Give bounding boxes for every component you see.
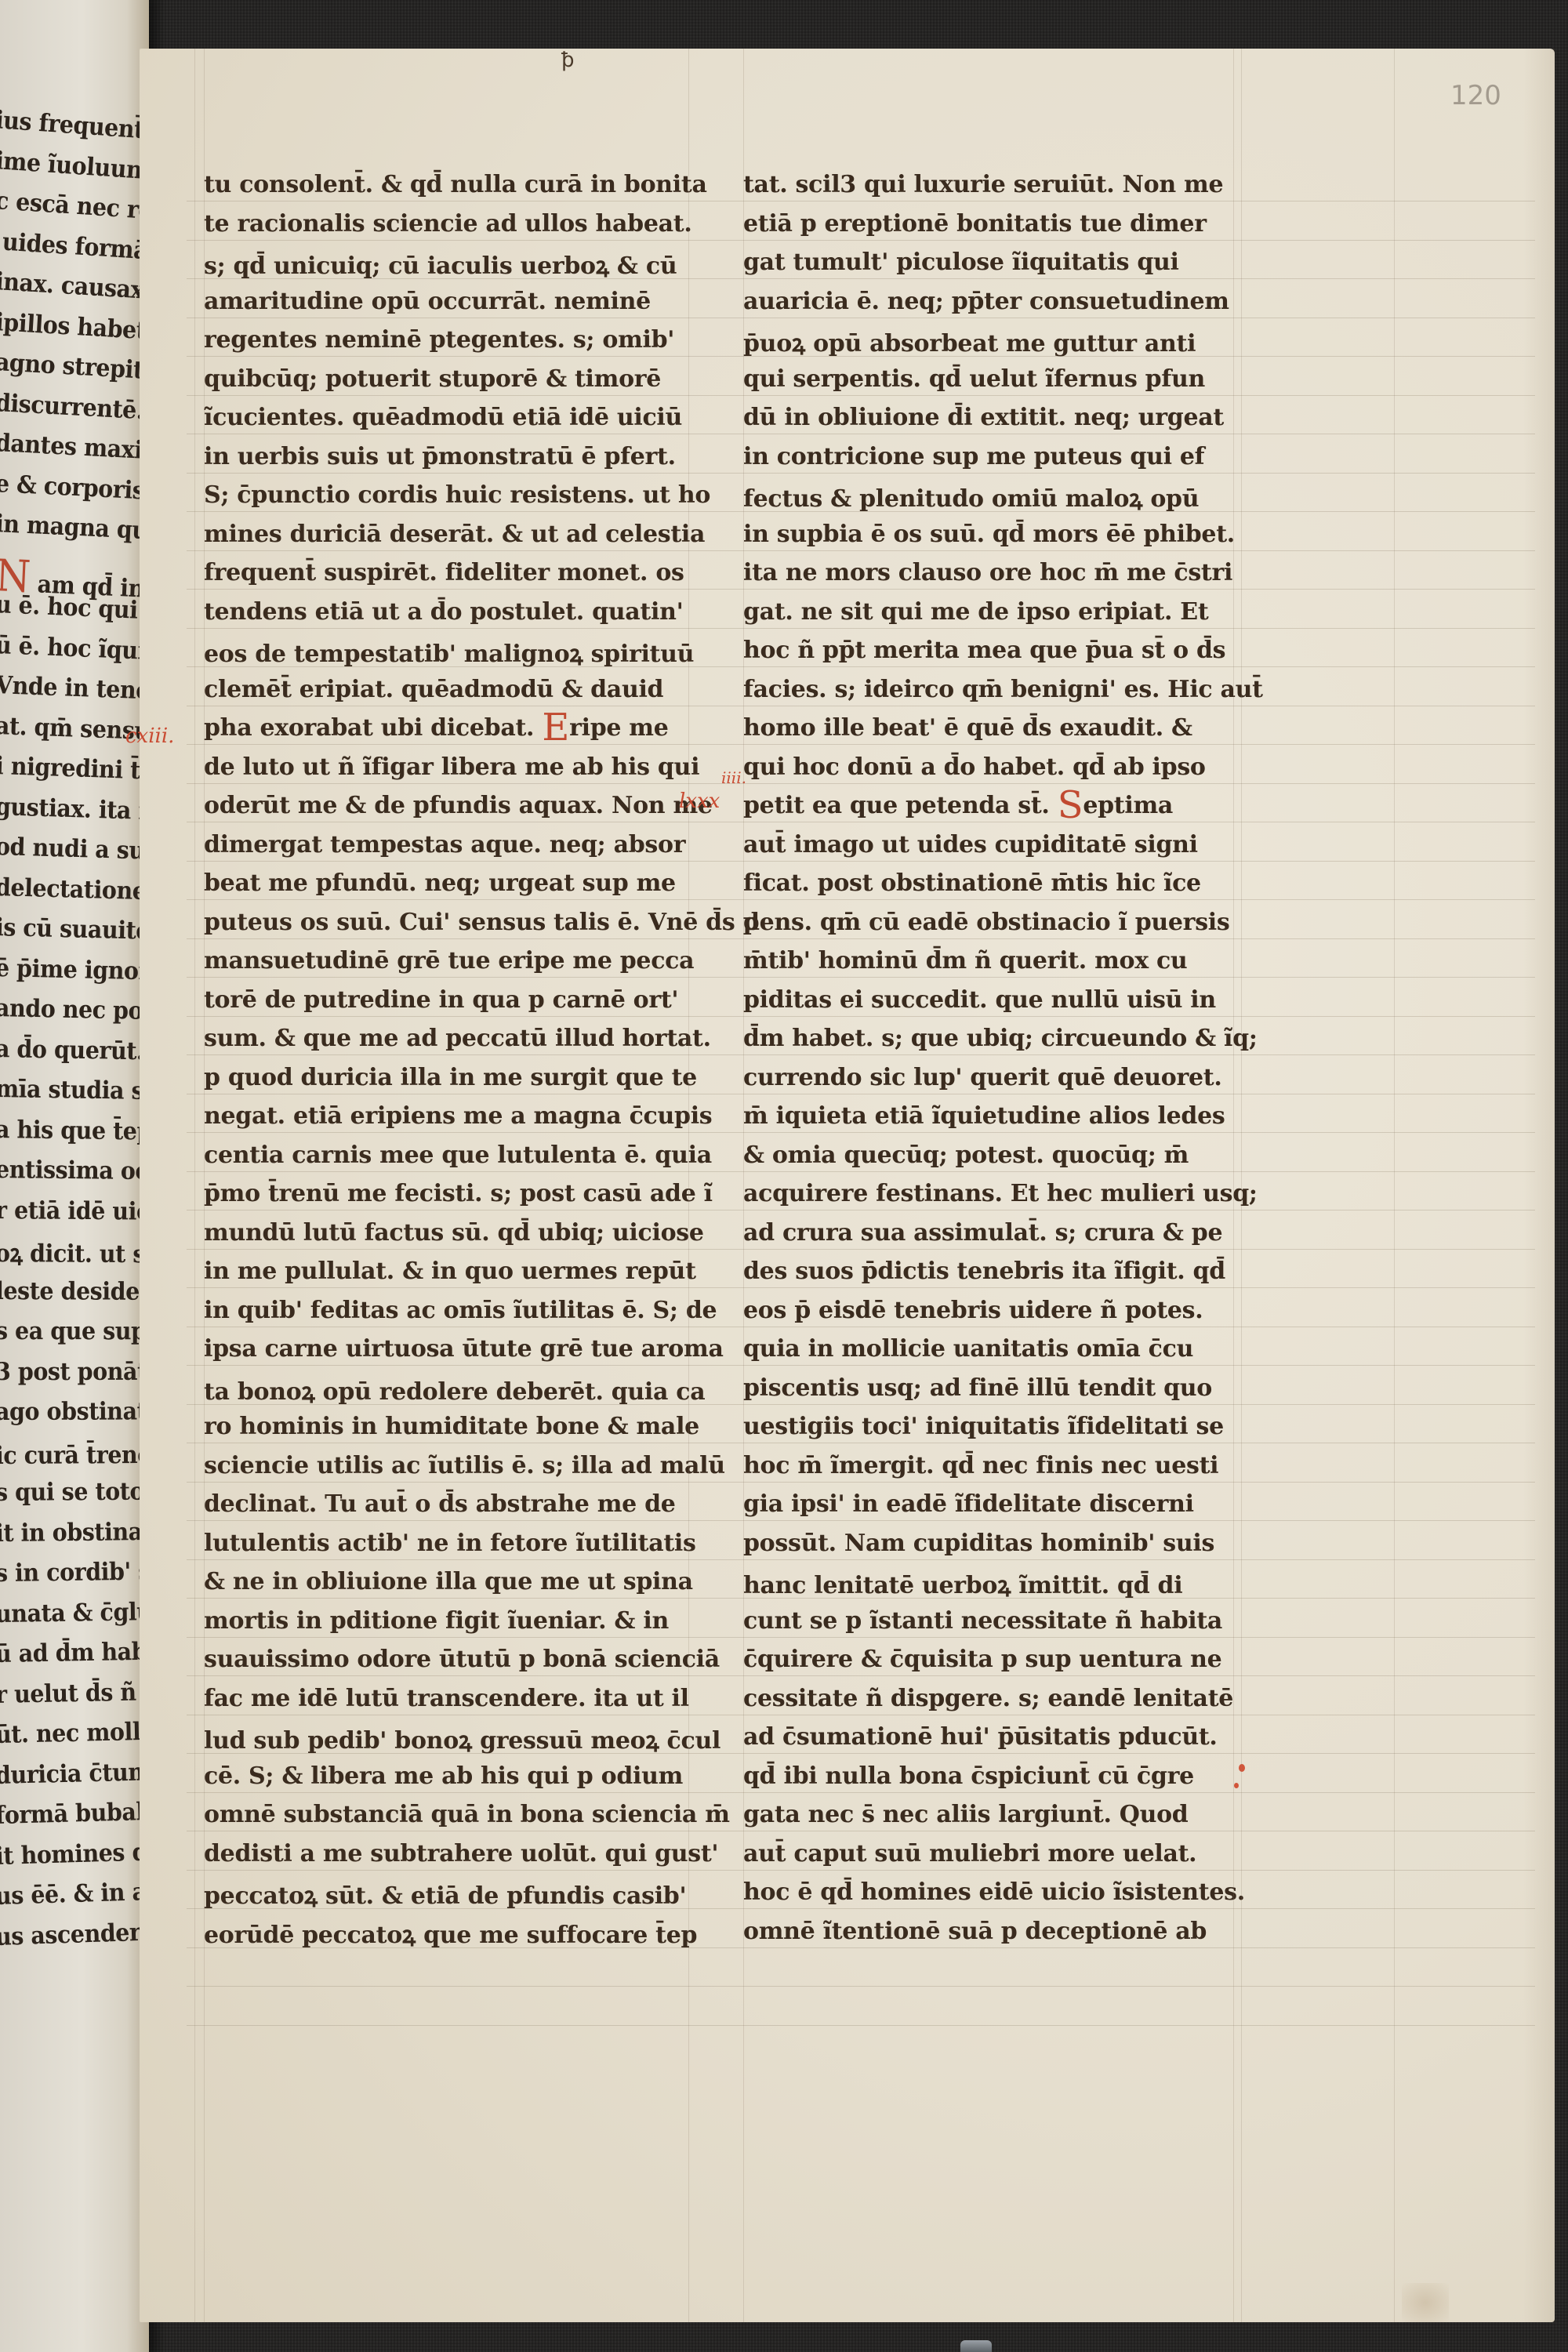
facing-page-text-line: oꝝ dicit. ut supͥ d [0, 1236, 149, 1271]
text-line: in supbia ē os suū. qd̄ mors ēē phibet. [743, 521, 1235, 548]
text-line: hoc ē qd̄ homines eidē uicio ĩsistentes. [743, 1878, 1245, 1906]
text-line: gia ipsi' in eadē ĩfidelitate discerni [743, 1490, 1194, 1518]
ruling-line [187, 2025, 1535, 2026]
text-line: centia carnis mee que lutulenta ē. quia [204, 1142, 712, 1169]
facing-page-text-line: entissima occupa [0, 1156, 149, 1186]
ruling-line [187, 899, 1535, 900]
text-line: fectus & plenitudo omiū maloꝝ opū [743, 481, 1199, 514]
text-line: peccatoꝝ sūt. & etiā de pfundis casib' [204, 1878, 686, 1911]
facing-page-text-line: ago obstinationē [0, 1397, 149, 1426]
facing-page-text-line: u ē. hoc qui es [0, 590, 149, 626]
ruling-line [187, 1016, 1535, 1017]
ruling-line [187, 473, 1535, 474]
facing-page-text-line: it homines duros & [0, 1835, 149, 1870]
text-line: tat. scil3 qui luxurie seruiūt. Non me [743, 171, 1223, 198]
text-line: ad c̄sumationē hui' p̄ūsitatis pducūt. [743, 1723, 1218, 1751]
facing-page-text-line: is cū suauitē sedem [0, 913, 149, 947]
top-margin-mark: ꝥ [561, 49, 575, 72]
ruling-line [187, 1287, 1535, 1288]
facing-page-text-line: inax. causax. occupatio [0, 267, 149, 313]
red-ink-spot [1239, 1764, 1245, 1772]
text-line: oderūt me & de pfundis aquax. Non me [204, 792, 713, 819]
facing-page-text-line: ic curā t̄renoꝝ se [0, 1437, 149, 1471]
text-line: auaricia ē. neq; pp̄ter consuetudinem [743, 288, 1229, 315]
text-line: p̄mo t̄renū me fecisti. s; post casū ade… [204, 1180, 713, 1207]
rubricated-initial: E [542, 706, 569, 750]
text-line: in uerbis suis ut p̄monstratū ē pfert. [204, 443, 676, 470]
vertical-ruling [194, 49, 195, 2322]
ruling-line [187, 861, 1535, 862]
ruling-line [187, 511, 1535, 512]
facing-page-text-line: unata & c̄glutina [0, 1597, 149, 1628]
ruling-line [187, 318, 1535, 318]
text-line: possūt. Nam cupiditas hominib' suis [743, 1530, 1214, 1557]
text-line: S; c̄punctio cordis huic resistens. ut h… [204, 481, 710, 509]
manuscript-folio: 120 ꝥ tu consolent̄. & qd̄ nulla curā in… [140, 49, 1555, 2322]
text-line: & omia quecūq; potest. quocūq; m̄ [743, 1142, 1189, 1169]
text-line: declinat. Tu aut̄ o d̄s abstrahe me de [204, 1490, 676, 1518]
facing-page-text-line: c escā nec refectione [0, 187, 149, 231]
text-line: gata nec s̄ nec aliis largiunt̄. Quod [743, 1801, 1188, 1828]
vertical-ruling [1394, 49, 1395, 2322]
ruling-line [187, 706, 1535, 706]
text-line: eos de tempestatib' malignoꝝ spirituū [204, 637, 694, 669]
text-line: tendens etiā ut a d̄o postulet. quatin' [204, 598, 683, 626]
ruling-line [187, 1094, 1535, 1094]
text-line: in contricione sup me puteus qui ef [743, 443, 1204, 470]
text-line: suauissimo odore ūtutū p bonā scienciā [204, 1646, 720, 1673]
facing-page-text-line: ū ē. hoc ĩquietudo [0, 631, 149, 668]
ruling-line [187, 201, 1535, 201]
text-line: puteus os suū. Cui' sensus talis ē. Vnē … [204, 909, 759, 936]
ruling-line [187, 783, 1535, 784]
facing-page-text-line: us ēē. & in altitudin [0, 1875, 149, 1911]
vertical-ruling [1241, 49, 1242, 2322]
text-line: piditas ei succedit. que nullū uisū in [743, 986, 1216, 1014]
facing-page-text-line: ūt. nec molliciē p [0, 1716, 149, 1749]
facing-page-text-line: 3 post ponāt exhor [0, 1357, 149, 1385]
ruling-line [187, 1947, 1535, 1948]
facing-page-text-line: e & corporis paciunt̄ [0, 470, 149, 510]
text-line: gat. ne sit qui me de ipso eripiat. Et [743, 598, 1208, 626]
text-line: aut̄ caput suū muliebri more uelat. [743, 1840, 1196, 1867]
text-line: petit ea que petenda st̄. Septima [743, 792, 1173, 819]
ruling-line [187, 1715, 1535, 1715]
text-line: sciencie utilis ac ĩutilis ē. s; illa ad… [204, 1452, 725, 1479]
text-line: m̄ iquieta etiā ĩquietudine alios ledes [743, 1102, 1225, 1130]
ruling-line [187, 1908, 1535, 1909]
text-line: de luto ut ñ ĩfigar libera me ab his qui [204, 753, 699, 781]
text-line: qui serpentis. qd̄ uelut ĩfernus pfun [743, 365, 1205, 393]
facing-page-text-line: in magna quiete sun [0, 510, 149, 550]
facing-page-text-line: s in cordib' suis q [0, 1557, 149, 1588]
facing-page-text-line: ipillos habet. idē in s [0, 308, 149, 351]
text-line: d̄m habet. s; que ubiq; circueundo & ĩq; [743, 1025, 1258, 1052]
text-line: ĩcucientes. quēadmodū etiā idē uiciū [204, 404, 682, 431]
ruling-line [187, 822, 1535, 822]
text-line: tu consolent̄. & qd̄ nulla curā in bonit… [204, 171, 707, 198]
text-line: qd̄ ibi nulla bona c̄spiciunt̄ cū c̄gre [743, 1762, 1194, 1790]
ruling-line [187, 1365, 1535, 1366]
ruling-line [187, 977, 1535, 978]
text-line: p quod duricia illa in me surgit que te [204, 1064, 697, 1091]
text-line: mortis in pditione figit ĩueniar. & in [204, 1607, 669, 1635]
text-line: m̄tib' hominū d̄m ñ querit. mox cu [743, 947, 1187, 975]
text-line: amaritudine opū occurrāt. neminē [204, 288, 651, 315]
text-line: eorūdē peccatoꝝ que me suffocare t̄ep [204, 1918, 697, 1950]
ruling-line [187, 1637, 1535, 1638]
facing-page-text-line: a d̄o querūt. quia [0, 1035, 149, 1067]
ruling-line [187, 1753, 1535, 1754]
text-line: ad crura sua assimulat̄. s; crura & pe [743, 1219, 1222, 1247]
text-line: & ne in obliuione illa que me ut spina [204, 1568, 693, 1595]
facing-page-text-line: r uelut d̄s ñ sit. q [0, 1676, 149, 1708]
folio-number: 120 [1450, 80, 1501, 111]
text-line: dens. qm̄ cū eadē obstinacio ĩ puersis [743, 909, 1229, 936]
ruling-line [187, 1870, 1535, 1871]
ruling-line [187, 395, 1535, 396]
facing-page-text-line: it in obstinationē [0, 1517, 149, 1548]
text-line: hoc ñ pp̄t merita mea que p̄ua st̄ o d̄s [743, 637, 1225, 664]
ruling-line [187, 666, 1535, 667]
text-line: uestigiis toci' iniquitatis ĩfidelitati … [743, 1413, 1224, 1440]
rubric-chapter-number-left: cxiii. [125, 724, 174, 748]
ruling-line [187, 744, 1535, 745]
text-line: sum. & que me ad peccatū illud hortat. [204, 1025, 711, 1052]
ruling-line [187, 589, 1535, 590]
text-line: in me pullulat. & in quo uermes repūt [204, 1258, 696, 1285]
ruling-line [187, 1559, 1535, 1560]
text-line: frequent̄ suspirēt. fideliter monet. os [204, 559, 684, 586]
text-line: dedisti a me subtrahere uolūt. qui gust' [204, 1840, 718, 1867]
ruling-line [187, 1210, 1535, 1210]
facing-page-text-line: r etiā idē uiciū in [0, 1196, 149, 1226]
initial-word-remainder: eptima [1083, 792, 1173, 819]
rubricated-initial: S [1058, 783, 1083, 827]
text-line: fac me idē lutū transcendere. ita ut il [204, 1685, 689, 1712]
text-line: qui hoc donū a d̄o habet. qd̄ ab ipso [743, 753, 1206, 781]
text-line: etiā p ereptionē bonitatis tue dimer [743, 210, 1207, 238]
text-line: omnē ĩtentionē suā p deceptionē ab [743, 1918, 1207, 1945]
vertical-ruling [688, 49, 689, 2322]
facing-page-text-line: mīa studia sua ad [0, 1075, 149, 1106]
facing-page-text-line: leste desideriū re [0, 1277, 149, 1306]
text-line: mundū lutū factus sū. qd̄ ubiq; uiciose [204, 1219, 704, 1247]
rubric-chapter-number-right: lxxx [679, 789, 720, 813]
text-line: quia in mollicie uanitatis omīa c̄cu [743, 1335, 1193, 1363]
facing-page-text-line: ius frequent̄ habēt c [0, 106, 149, 151]
text-line: ro hominis in humiditate bone & male [204, 1413, 699, 1440]
text-line: torē de putredine in qua p carnē ort' [204, 986, 678, 1014]
text-line: piscentis usq; ad finē illū tendit quo [743, 1374, 1212, 1402]
text-line: in quib' feditas ac omīs ĩutilitas ē. S;… [204, 1297, 717, 1324]
ruling-line [187, 1443, 1535, 1443]
facing-page-text-line: delectatione eis ĩsch [0, 873, 149, 908]
ruling-line [187, 1054, 1535, 1055]
facing-page-text-line: od nudi a supna [0, 833, 149, 866]
text-line: aut̄ imago ut uides cupiditatē signi [743, 831, 1198, 858]
text-line: lud sub pedib' bonoꝝ gressuū meoꝝ c̄cul [204, 1723, 720, 1755]
text-line: cessitate ñ dispgere. s; eandē lenitatē [743, 1685, 1233, 1712]
facing-page-text-line: agno strepitu erranc [0, 348, 149, 390]
ruling-line [187, 1404, 1535, 1405]
text-line: beat me pfundū. neq; urgeat sup me [204, 869, 676, 897]
facing-page-text-line: s ea que supna & [0, 1317, 149, 1345]
vertical-ruling [1233, 49, 1234, 2322]
vertical-ruling [204, 49, 205, 2322]
vertical-ruling [743, 49, 744, 2322]
facing-page-text-line: gustiax. ita imposi [0, 793, 149, 828]
facing-page-text-line: dantes maximā ĩqui [0, 429, 149, 470]
ruling-line [187, 1598, 1535, 1599]
facing-page-text-line: us ascendere. ita q [0, 1915, 149, 1951]
text-line: ita ne mors clauso ore hoc m̄ me c̄stri [743, 559, 1232, 586]
text-line: negat. etiā eripiens me a magna c̄cupis [204, 1102, 712, 1130]
text-line: facies. s; ideirco qm̄ benigni' es. Hic … [743, 676, 1263, 703]
text-line: lutulentis actib' ne in fetore ĩutilitat… [204, 1530, 696, 1557]
text-line: hanc lenitatē uerboꝝ ĩmittit. qd̄ di [743, 1568, 1182, 1600]
facing-page-text-line: formā bubali habet [0, 1795, 149, 1830]
ruling-line [187, 550, 1535, 551]
text-line: acquirere festinans. Et hec mulieri usq; [743, 1180, 1258, 1207]
facing-page-text-line: s qui se totos t̄ren [0, 1477, 149, 1507]
ruling-line [187, 1132, 1535, 1133]
facing-page-text-line: i nigredini t̄renax [0, 752, 149, 787]
text-line: quibcūq; potuerit stuporē & timorē [204, 365, 661, 393]
text-line: p̄uoꝝ opū absorbeat me guttur anti [743, 326, 1196, 358]
ruling-line [187, 1792, 1535, 1793]
ruling-line [187, 1327, 1535, 1327]
text-line: omnē substanciā quā in bona sciencia m̄ [204, 1801, 730, 1828]
text-line: mansuetudinē grē tue eripe me pecca [204, 947, 694, 975]
ruling-line [187, 278, 1535, 279]
text-line: c̄quirere & c̄quisita p sup uentura ne [743, 1646, 1221, 1673]
text-line: homo ille beat' ē quē d̄s exaudit. & [743, 714, 1192, 742]
text-line: hoc m̄ ĩmergit. qd̄ nec finis nec uesti [743, 1452, 1218, 1479]
ruling-line [187, 1986, 1535, 1987]
text-line: cunt se p ĩstanti necessitate ñ habita [743, 1607, 1222, 1635]
text-line: mines duriciā deserāt. & ut ad celestia [204, 521, 705, 548]
ruling-line [187, 628, 1535, 629]
ruling-line [187, 938, 1535, 939]
ruling-line [187, 356, 1535, 357]
text-line: currendo sic lup' querit quē deuoret. [743, 1064, 1222, 1091]
text-line: pha exorabat ubi dicebat. Eripe me [204, 714, 669, 742]
ruling-line [187, 1520, 1535, 1521]
page-clip [960, 2340, 992, 2352]
text-line: ta bonoꝝ opū redolere deberēt. quia ca [204, 1374, 705, 1406]
ruling-line [187, 1675, 1535, 1676]
text-line: cē. S; & libera me ab his qui p odium [204, 1762, 683, 1790]
ruling-line [187, 434, 1535, 434]
text-line: ipsa carne uirtuosa ūtute grē tue aroma [204, 1335, 724, 1363]
facing-left-page: ius frequent̄ habēt cime ĩuoluunt̄. que … [0, 0, 149, 2352]
facing-page-text-line: Vnde in tenebris [0, 671, 149, 707]
ruling-line [187, 1249, 1535, 1250]
ruling-line [187, 1831, 1535, 1831]
facing-page-text-line: ̄ uides formā hominis [0, 227, 149, 272]
facing-page-text-line: ē p̄ime ignorantie [0, 954, 149, 987]
text-line: dimergat tempestas aque. neq; absor [204, 831, 685, 858]
ruling-line [187, 1171, 1535, 1172]
ruling-line [187, 1482, 1535, 1483]
text-line: s; qd̄ unicuiq; cū iaculis uerboꝝ & cū [204, 249, 677, 281]
text-line: regentes neminē ptegentes. s; omib' [204, 326, 674, 354]
text-line: ficat. post obstinationē m̄tis hic ĩce [743, 869, 1201, 897]
facing-page-text-line: a his que t̄eporalia [0, 1116, 149, 1147]
text-line: te racionalis sciencie ad ullos habeat. [204, 210, 692, 238]
initial-word-remainder: ripe me [569, 714, 668, 742]
facing-page-text-line: ime ĩuoluunt̄. que c [0, 147, 149, 191]
facing-page-text-line: discurrentē. quia ho [0, 389, 149, 430]
facing-page-text-line: ando nec postulan [0, 994, 149, 1027]
water-stain [1402, 2283, 1449, 2322]
facing-page-text-line: ū ad d̄m habēt. & [0, 1637, 149, 1668]
text-line: gat tumult' piculose ĩiquitatis qui [743, 249, 1179, 276]
facing-page-text-line: duricia c̄tumaces [0, 1756, 149, 1789]
text-line: dū in obliuione d̄i extitit. neq; urgeat [743, 404, 1224, 431]
text-line: eos p̄ eisdē tenebris uidere ñ potes. [743, 1297, 1203, 1324]
text-line: clemēt̄ eripiat. quēadmodū & dauid [204, 676, 663, 703]
ruling-line [187, 240, 1535, 241]
text-line: des suos p̄dictis tenebris ita ĩfigit. q… [743, 1258, 1225, 1285]
red-ink-spot [1234, 1783, 1239, 1788]
